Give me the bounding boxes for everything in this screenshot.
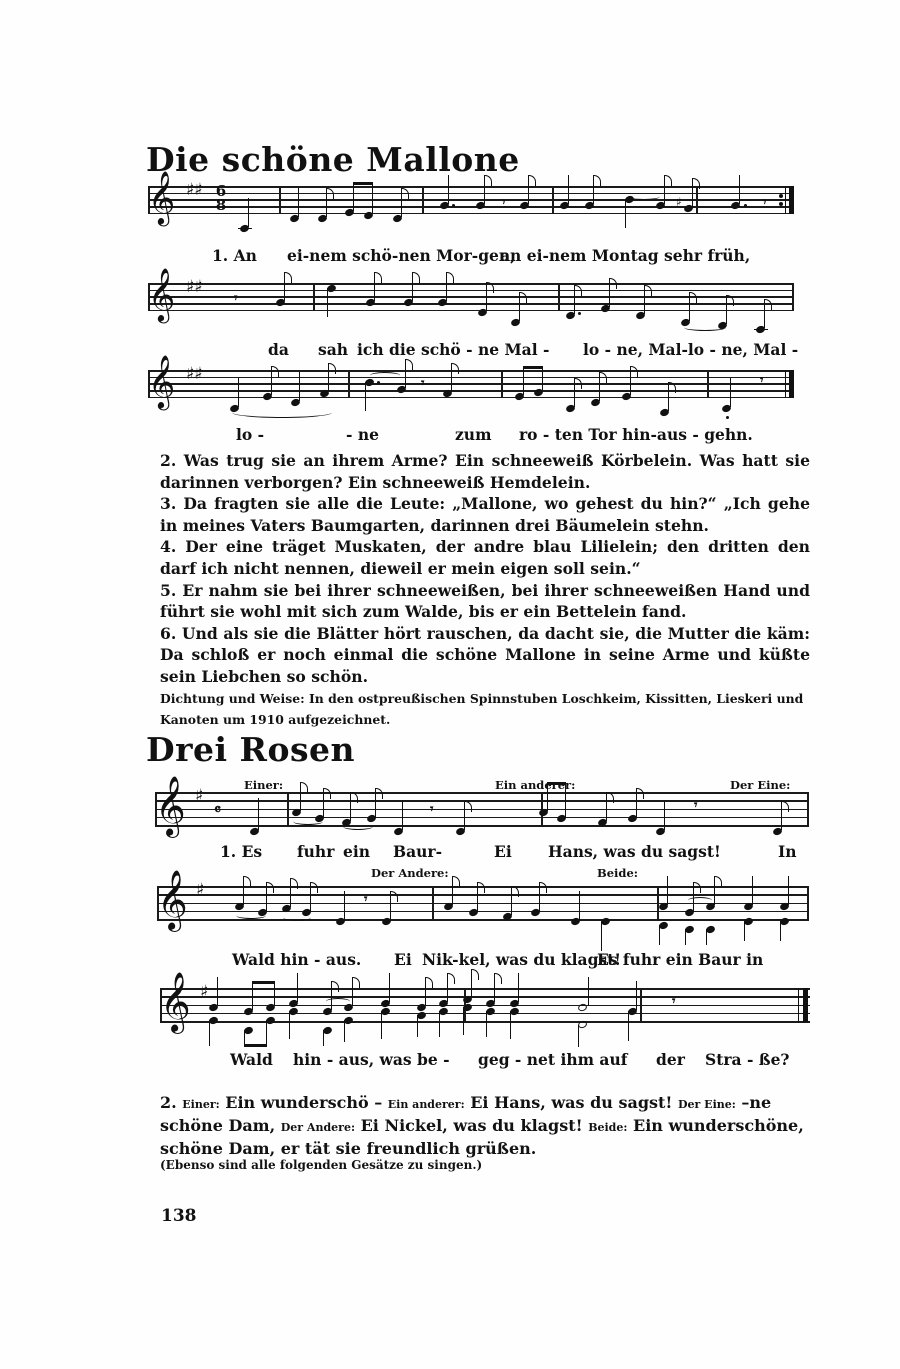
- music-stave: [148, 283, 794, 311]
- lyric-syllable: der: [656, 1050, 685, 1069]
- lyric-syllable: lo -: [236, 425, 264, 444]
- lyric-syllable: sah: [318, 340, 348, 359]
- lyric-syllable: Baur-: [393, 842, 442, 861]
- song-title-mallone: Die schöne Mallone: [146, 140, 520, 179]
- key-signature-sharps-icon: ♯♯: [186, 279, 202, 296]
- part-label: Ein anderer:: [388, 1098, 465, 1111]
- treble-clef-icon: 𝄞: [160, 976, 191, 1028]
- songbook-page: Die schöne Mallone 𝄞 ♯♯ 68 𝄾 ♯: [0, 0, 900, 1369]
- verse-2: 2. Was trug sie an ihrem Arme? Ein schne…: [160, 450, 810, 493]
- key-signature-sharp-icon: ♯: [200, 984, 208, 1001]
- song-title-drei-rosen: Drei Rosen: [146, 730, 355, 769]
- lyrics-line-d3: Wald hin - aus, was be - geg - net ihm a…: [0, 1050, 900, 1072]
- treble-clef-icon: 𝄞: [157, 874, 188, 926]
- part-label: Einer:: [244, 778, 283, 792]
- verses-block-mallone: 2. Was trug sie an ihrem Arme? Ein schne…: [160, 450, 810, 688]
- verse-3: 3. Da fragten sie alle die Leute: „Mallo…: [160, 493, 810, 536]
- lyric-syllable: ein: [343, 842, 370, 861]
- verse-text: Ei Nickel, was du klagst!: [361, 1116, 583, 1135]
- lyric-syllable: zum: [455, 425, 491, 444]
- lyric-syllable: an ei-nem Montag sehr früh,: [500, 246, 750, 265]
- part-label: Der Andere:: [281, 1121, 355, 1134]
- part-label: Beide:: [597, 866, 638, 880]
- verse-text: Ein wunderschö –: [225, 1093, 382, 1112]
- treble-clef-icon: 𝄞: [155, 780, 186, 832]
- lyrics-line-m3: lo - - ne zum ro - ten Tor hin-aus - geh…: [0, 425, 900, 447]
- part-label: Ein anderer:: [495, 778, 575, 792]
- treble-clef-icon: 𝄞: [148, 174, 175, 220]
- verse-4: 4. Der eine träget Muskaten, der andre b…: [160, 536, 810, 579]
- lyric-syllable: Wald hin - aus.: [232, 950, 361, 969]
- music-stave: [148, 186, 794, 214]
- lyric-syllable: Hans, was du sagst!: [548, 842, 721, 861]
- lyric-syllable: Ei: [394, 950, 412, 969]
- music-stave: [155, 792, 809, 826]
- music-stave: [160, 988, 810, 1022]
- lyric-syllable: Nik-kel, was du klagst!: [422, 950, 621, 969]
- lyrics-line-d1: 1. Es fuhr ein Baur- Ei Hans, was du sag…: [0, 842, 900, 864]
- lyric-syllable: geg - net ihm auf: [478, 1050, 627, 1069]
- song-credit-mallone: Dichtung und Weise: In den ostpreußische…: [160, 688, 810, 730]
- verse-6: 6. Und als sie die Blätter hört rauschen…: [160, 623, 810, 688]
- key-signature-sharps-icon: ♯♯: [186, 182, 202, 199]
- verse-block-drei-rosen: 2. Einer: Ein wunderschö – Ein anderer: …: [160, 1092, 810, 1159]
- lyric-syllable: Stra - ße?: [705, 1050, 790, 1069]
- part-label: Der Andere:: [371, 866, 449, 880]
- lyrics-line-d2: Wald hin - aus. Ei Nik-kel, was du klags…: [0, 950, 900, 972]
- lyric-syllable: lo - ne, Mal-lo - ne, Mal -: [583, 340, 798, 359]
- part-label: Der Eine:: [730, 778, 790, 792]
- lyrics-line-m2: da sah ich die schö - ne Mal - lo - ne, …: [0, 340, 900, 362]
- music-stave: [148, 370, 794, 398]
- lyric-syllable: Es fuhr ein Baur in: [597, 950, 763, 969]
- verse-text: Ei Hans, was du sagst!: [470, 1093, 672, 1112]
- lyric-syllable: ro - ten Tor hin-aus - gehn.: [519, 425, 753, 444]
- treble-clef-icon: 𝄞: [148, 271, 175, 317]
- part-label: Beide:: [588, 1121, 627, 1134]
- lyric-syllable: da: [268, 340, 289, 359]
- time-signature: 68: [214, 184, 228, 212]
- key-signature-sharp-icon: ♯: [195, 788, 203, 805]
- verse-5: 5. Er nahm sie bei ihrer schneeweißen, b…: [160, 580, 810, 623]
- key-signature-sharp-icon: ♯: [196, 882, 204, 899]
- lyric-syllable: In: [778, 842, 797, 861]
- lyric-syllable: fuhr: [297, 842, 334, 861]
- lyric-syllable: ei-nem schö-nen Mor-gen,: [287, 246, 516, 265]
- lyric-syllable: Ei: [494, 842, 512, 861]
- part-label: Einer:: [182, 1098, 219, 1111]
- lyric-syllable: 1. Es: [220, 842, 262, 861]
- lyric-syllable: 1. An: [212, 246, 257, 265]
- lyric-syllable: - ne: [346, 425, 379, 444]
- part-label: Der Eine:: [678, 1098, 736, 1111]
- key-signature-sharps-icon: ♯♯: [186, 366, 202, 383]
- footnote: (Ebenso sind alle folgenden Gesätze zu s…: [160, 1158, 482, 1172]
- lyric-syllable: Wald: [230, 1050, 273, 1069]
- page-number: 138: [161, 1206, 197, 1226]
- lyric-syllable: ich die schö - ne Mal -: [357, 340, 549, 359]
- treble-clef-icon: 𝄞: [148, 358, 175, 404]
- lyric-syllable: hin - aus, was be -: [293, 1050, 450, 1069]
- verse-number: 2.: [160, 1093, 177, 1112]
- lyrics-line-m1: 1. An ei-nem schö-nen Mor-gen, an ei-nem…: [0, 246, 900, 268]
- common-time-icon: 𝄴: [214, 803, 221, 817]
